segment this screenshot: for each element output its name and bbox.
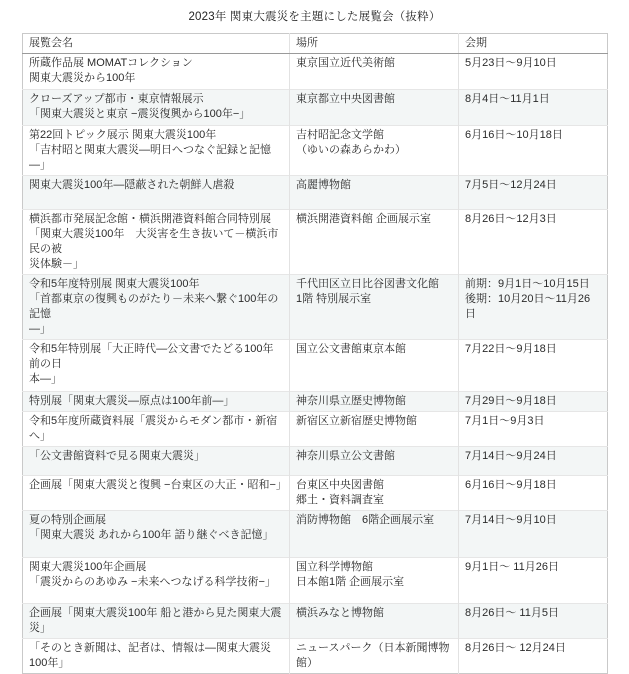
exhibition-name-cell: 令和5年特別展「大正時代―公文書でたどる100年前の日 本―」: [23, 340, 290, 392]
exhibition-name-cell: クローズアップ都市・東京情報展示 「関東大震災と東京 −震災復興から100年−」: [23, 90, 290, 126]
table-row: 令和5年特別展「大正時代―公文書でたどる100年前の日 本―」 国立公文書館東京…: [23, 340, 608, 392]
table-header: 展覧会名 場所 会期: [23, 34, 608, 54]
venue-cell: 国立公文書館東京本館: [290, 340, 459, 392]
table-body: 所蔵作品展 MOMATコレクション 関東大震災から100年 東京国立近代美術館 …: [23, 54, 608, 674]
table-row: 関東大震災100年企画展 「震災からのあゆみ −未来へつなげる科学技術−」 国立…: [23, 558, 608, 604]
venue-cell: 横浜みなと博物館: [290, 604, 459, 639]
exhibition-name-cell: 「そのとき新聞は、記者は、情報は―関東大震災100年」: [23, 639, 290, 674]
exhibition-name-cell: 横浜都市発展記念館・横浜開港資料館合同特別展 「関東大震災100年 大災害を生き…: [23, 210, 290, 275]
period-cell: 7月29日～9月18日: [459, 392, 608, 412]
venue-cell: 吉村昭記念文学館 （ゆいの森あらかわ）: [290, 126, 459, 176]
period-cell: 7月5日～12月24日: [459, 176, 608, 210]
period-cell: 5月23日～9月10日: [459, 54, 608, 90]
exhibition-name-cell: 関東大震災100年企画展 「震災からのあゆみ −未来へつなげる科学技術−」: [23, 558, 290, 604]
page-title: 2023年 関東大震災を主題にした展覧会（抜粋）: [22, 8, 607, 24]
venue-cell: 東京国立近代美術館: [290, 54, 459, 90]
period-cell: 7月14日～9月10日: [459, 511, 608, 558]
table-row: 「公文書館資料で見る関東大震災」 神奈川県立公文書館 7月14日～9月24日: [23, 447, 608, 476]
table-row: 関東大震災100年―隠蔽された朝鮮人虐殺 高麗博物館 7月5日～12月24日: [23, 176, 608, 210]
table-row: 「そのとき新聞は、記者は、情報は―関東大震災100年」 ニュースパーク（日本新聞…: [23, 639, 608, 674]
period-cell: 6月16日～10月18日: [459, 126, 608, 176]
table-row: 特別展「関東大震災―原点は100年前―」 神奈川県立歴史博物館 7月29日～9月…: [23, 392, 608, 412]
table-row: 第22回トピック展示 関東大震災100年 「吉村昭と関東大震災―明日へつなぐ記録…: [23, 126, 608, 176]
venue-cell: 神奈川県立公文書館: [290, 447, 459, 476]
period-cell: 8月26日～ 11月5日: [459, 604, 608, 639]
venue-cell: 国立科学博物館 日本館1階 企画展示室: [290, 558, 459, 604]
exhibition-name-cell: 令和5年度所蔵資料展「震災からモダン都市・新宿へ」: [23, 412, 290, 447]
period-cell: 8月26日～ 12月24日: [459, 639, 608, 674]
venue-cell: 台東区中央図書館 郷土・資料調査室: [290, 476, 459, 511]
table-row: 企画展「関東大震災と復興 −台東区の大正・昭和−」 台東区中央図書館 郷土・資料…: [23, 476, 608, 511]
exhibition-name-cell: 第22回トピック展示 関東大震災100年 「吉村昭と関東大震災―明日へつなぐ記録…: [23, 126, 290, 176]
period-cell: 8月4日～11月1日: [459, 90, 608, 126]
exhibition-name-cell: 特別展「関東大震災―原点は100年前―」: [23, 392, 290, 412]
exhibition-name-cell: 企画展「関東大震災と復興 −台東区の大正・昭和−」: [23, 476, 290, 511]
exhibition-name-cell: 「公文書館資料で見る関東大震災」: [23, 447, 290, 476]
period-cell: 9月1日～ 11月26日: [459, 558, 608, 604]
exhibitions-table: 展覧会名 場所 会期 所蔵作品展 MOMATコレクション 関東大震災から100年…: [22, 33, 608, 674]
table-row: 企画展「関東大震災100年 船と港から見た関東大震災」 横浜みなと博物館 8月2…: [23, 604, 608, 639]
column-header-period: 会期: [459, 34, 608, 54]
table-row: 令和5年度所蔵資料展「震災からモダン都市・新宿へ」 新宿区立新宿歴史博物館 7月…: [23, 412, 608, 447]
column-header-exhibition-name: 展覧会名: [23, 34, 290, 54]
page: 2023年 関東大震災を主題にした展覧会（抜粋） 展覧会名 場所 会期 所蔵作品…: [0, 0, 629, 631]
period-cell: 8月26日～12月3日: [459, 210, 608, 275]
venue-cell: 東京都立中央図書館: [290, 90, 459, 126]
period-cell: 前期：9月1日～10月15日 後期：10月20日～11月26日: [459, 275, 608, 340]
table-row: 夏の特別企画展 「関東大震災 あれから100年 語り継ぐべき記憶」 消防博物館 …: [23, 511, 608, 558]
table-row: 令和5年度特別展 関東大震災100年 「首都東京の復興ものがたり－未来へ繋ぐ10…: [23, 275, 608, 340]
period-cell: 6月16日～9月18日: [459, 476, 608, 511]
exhibition-name-cell: 企画展「関東大震災100年 船と港から見た関東大震災」: [23, 604, 290, 639]
venue-cell: 消防博物館 6階企画展示室: [290, 511, 459, 558]
period-cell: 7月22日～9月18日: [459, 340, 608, 392]
table-row: クローズアップ都市・東京情報展示 「関東大震災と東京 −震災復興から100年−」…: [23, 90, 608, 126]
venue-cell: 神奈川県立歴史博物館: [290, 392, 459, 412]
exhibition-name-cell: 所蔵作品展 MOMATコレクション 関東大震災から100年: [23, 54, 290, 90]
venue-cell: 千代田区立日比谷図書文化館 1階 特別展示室: [290, 275, 459, 340]
column-header-venue: 場所: [290, 34, 459, 54]
header-row: 展覧会名 場所 会期: [23, 34, 608, 54]
period-cell: 7月14日～9月24日: [459, 447, 608, 476]
exhibition-name-cell: 関東大震災100年―隠蔽された朝鮮人虐殺: [23, 176, 290, 210]
table-row: 横浜都市発展記念館・横浜開港資料館合同特別展 「関東大震災100年 大災害を生き…: [23, 210, 608, 275]
venue-cell: 新宿区立新宿歴史博物館: [290, 412, 459, 447]
venue-cell: 横浜開港資料館 企画展示室: [290, 210, 459, 275]
exhibition-name-cell: 令和5年度特別展 関東大震災100年 「首都東京の復興ものがたり－未来へ繋ぐ10…: [23, 275, 290, 340]
period-cell: 7月1日～9月3日: [459, 412, 608, 447]
exhibition-name-cell: 夏の特別企画展 「関東大震災 あれから100年 語り継ぐべき記憶」: [23, 511, 290, 558]
table-row: 所蔵作品展 MOMATコレクション 関東大震災から100年 東京国立近代美術館 …: [23, 54, 608, 90]
venue-cell: ニュースパーク（日本新聞博物館）: [290, 639, 459, 674]
venue-cell: 高麗博物館: [290, 176, 459, 210]
